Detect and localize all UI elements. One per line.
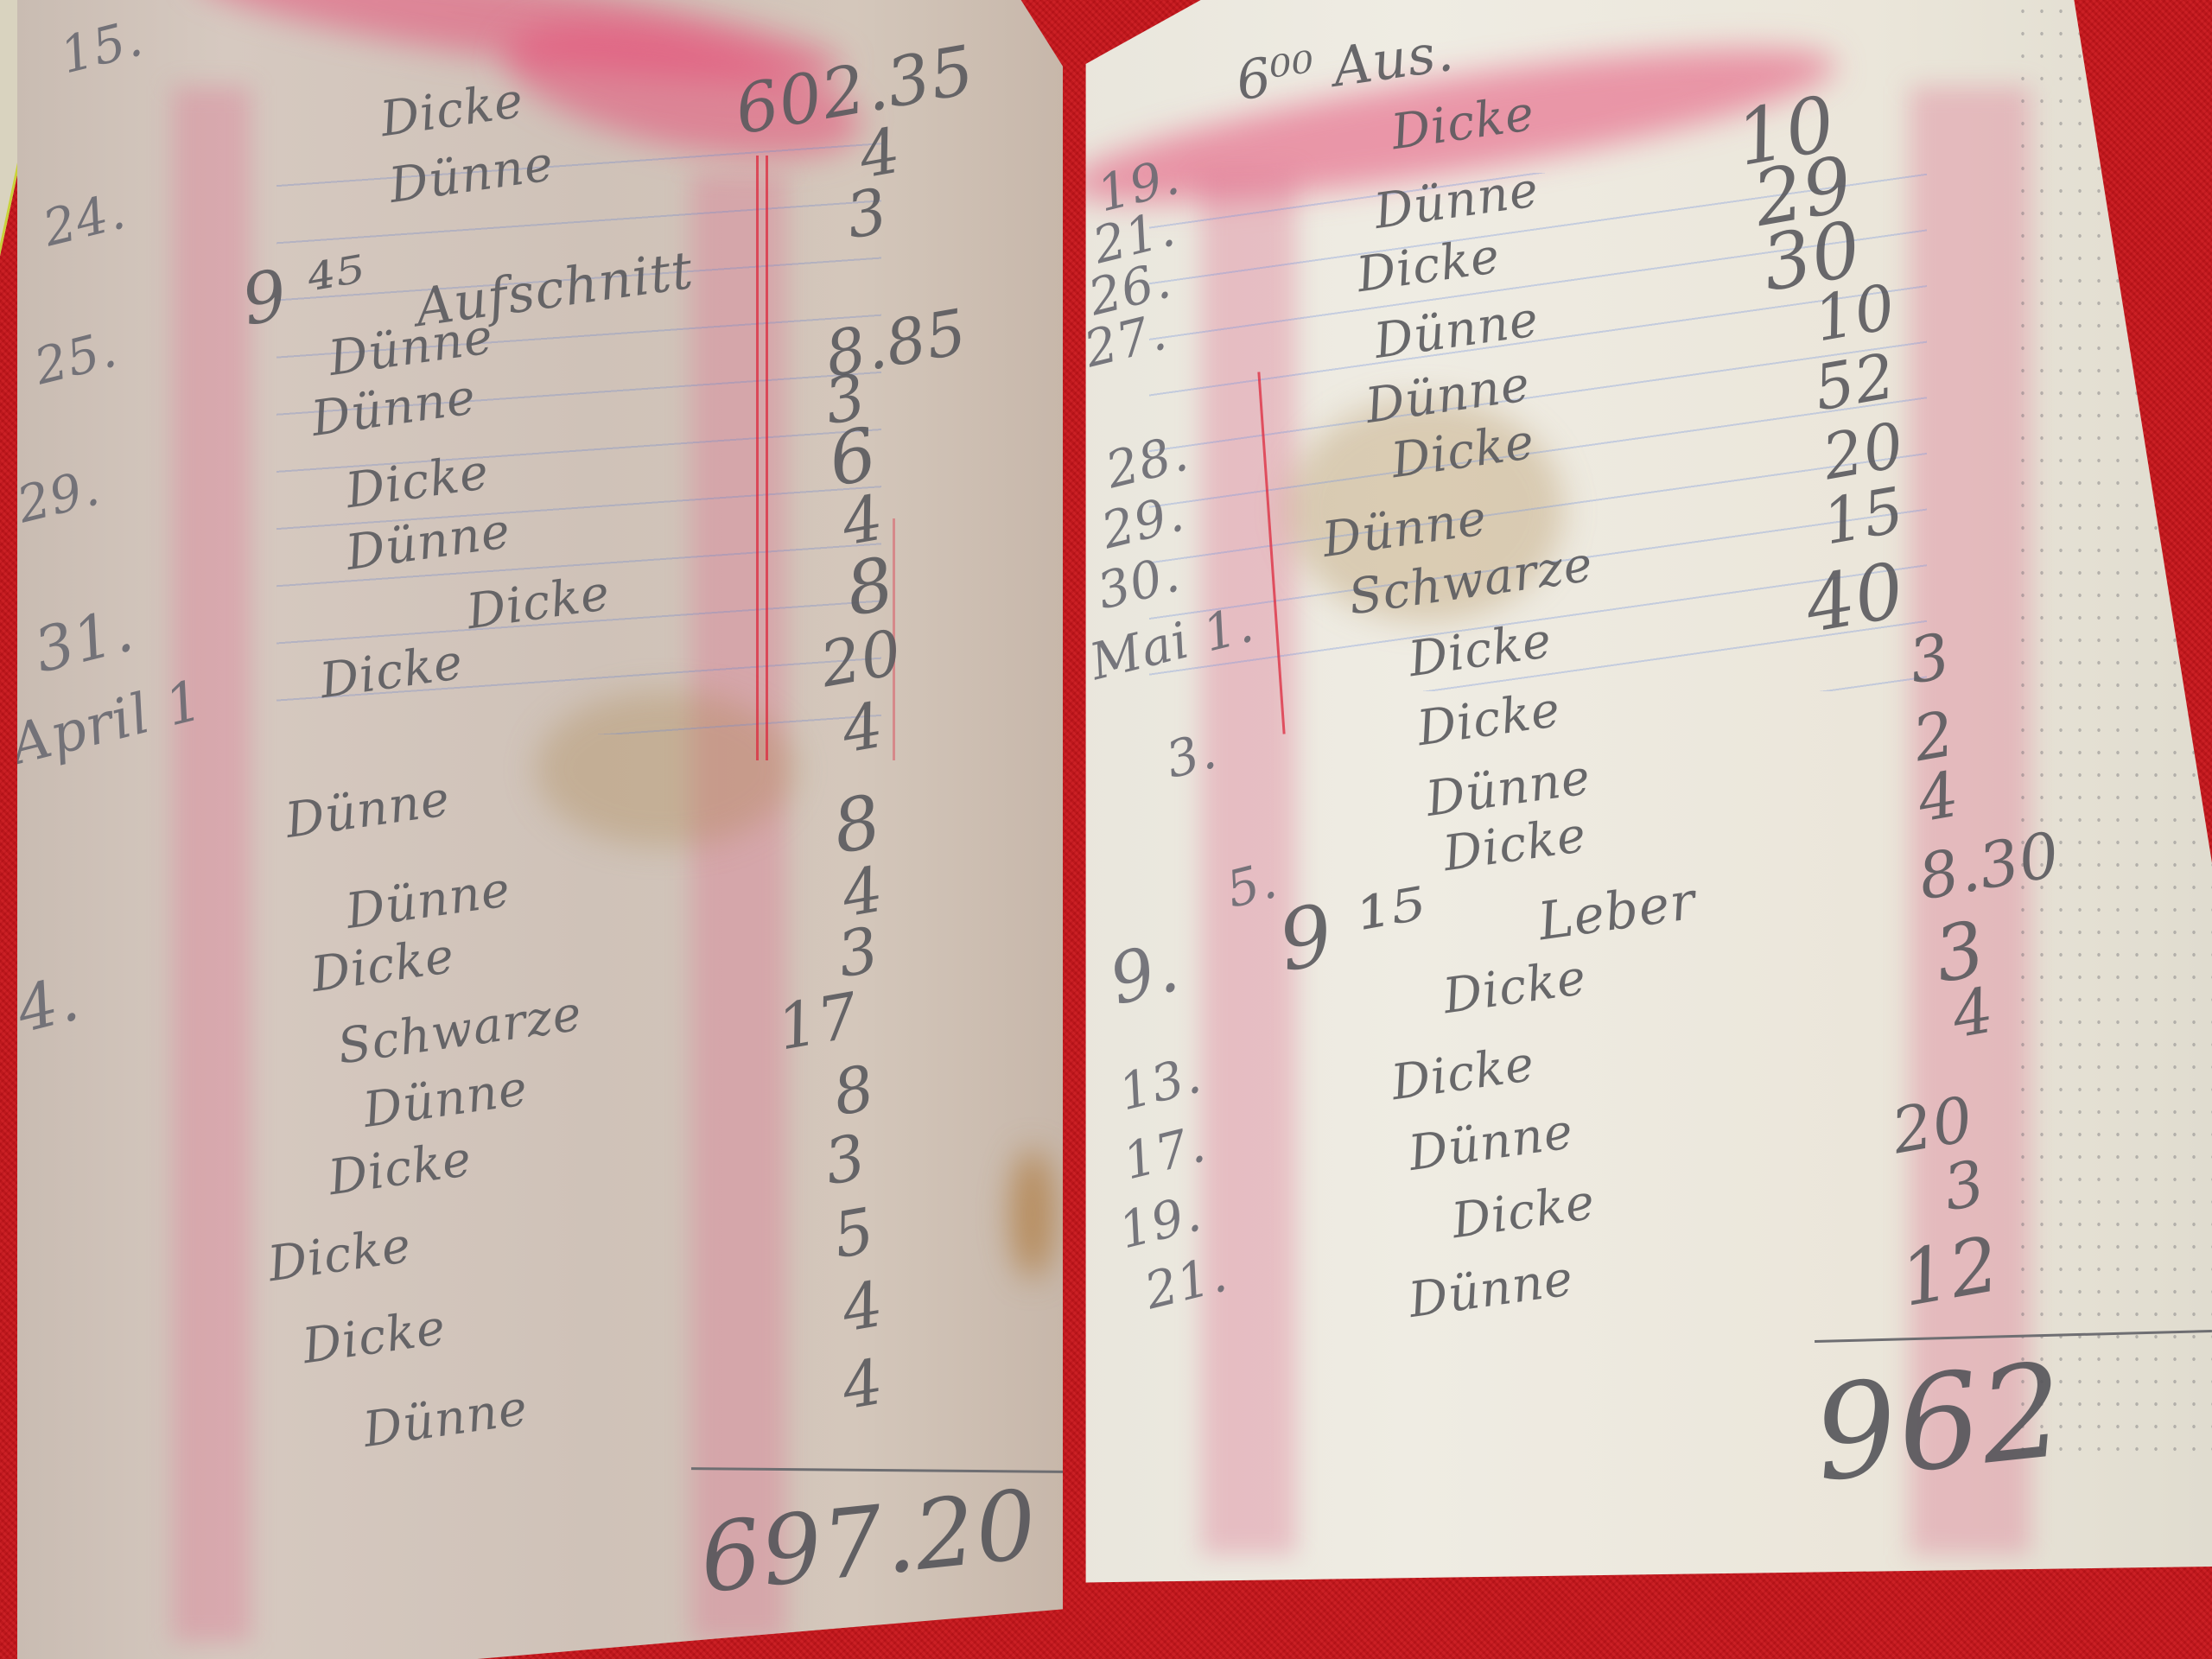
entry-item: Dicke bbox=[308, 928, 458, 1004]
entry-amount: 40 bbox=[1799, 545, 1911, 650]
margin-date: 9. bbox=[1102, 926, 1187, 1020]
entry-amount: 17 bbox=[772, 979, 864, 1065]
entry-item: Dicke bbox=[1440, 950, 1590, 1026]
entry-item: Dicke bbox=[264, 1217, 415, 1294]
entry-item: Dicke bbox=[1388, 86, 1538, 162]
entry-item: Dicke bbox=[325, 1131, 475, 1207]
entry-item: Dünne bbox=[1405, 1103, 1576, 1182]
entry-item: Leber bbox=[1535, 871, 1700, 953]
margin-date: 29. bbox=[17, 457, 105, 534]
margin-date: 24. bbox=[37, 181, 131, 257]
margin-date: 19. bbox=[1113, 1183, 1207, 1260]
margin-date: 15. bbox=[54, 8, 149, 85]
margin-date: 13. bbox=[1113, 1045, 1207, 1122]
entry-item: Dünne bbox=[282, 771, 453, 849]
left-page: 602.35 15. 24. 25. 29. 31. April 1 4. Di… bbox=[17, 0, 1063, 1659]
margin-date: 4. bbox=[17, 962, 86, 1047]
mold-speckles bbox=[2013, 0, 2212, 1469]
rust-stain bbox=[1011, 1149, 1054, 1279]
entry-amount: 12 bbox=[1894, 1219, 2006, 1324]
entry-amount: 3 bbox=[819, 1121, 872, 1199]
entry-item: Dicke bbox=[299, 1300, 449, 1376]
entry-amount: 4 bbox=[836, 1345, 889, 1424]
margin-date: 17. bbox=[1117, 1114, 1211, 1191]
entry-amount: 5 bbox=[828, 1194, 880, 1273]
margin-rule bbox=[756, 156, 759, 760]
margin-date: 25. bbox=[29, 319, 123, 396]
entry-amount: 20 bbox=[815, 616, 907, 702]
pink-streak bbox=[173, 86, 251, 1642]
entry-item: Dicke bbox=[1448, 1174, 1599, 1250]
margin-rule bbox=[766, 156, 768, 760]
right-page: 6⁰⁰ Aus. 19. 21. 26. 27. 28. 29. 30. Mai… bbox=[1063, 0, 2212, 1599]
entry-item: Dicke bbox=[1388, 1036, 1538, 1112]
entry-amount: 4 bbox=[836, 1268, 889, 1346]
entry-amount: 8 bbox=[828, 1052, 880, 1130]
margin-date: 31. bbox=[28, 594, 141, 686]
entry-item: Dünne bbox=[359, 1060, 531, 1139]
entry-item: Dünne bbox=[359, 1380, 531, 1459]
entry-item: Dicke bbox=[1414, 682, 1564, 758]
entry-item: Dünne bbox=[1405, 1250, 1576, 1329]
entry-item: Schwarze bbox=[334, 986, 586, 1076]
page-total: 962 bbox=[1808, 1335, 2072, 1510]
page-header: 6⁰⁰ Aus. bbox=[1232, 20, 1458, 113]
entry-item: Dünne bbox=[342, 861, 513, 940]
